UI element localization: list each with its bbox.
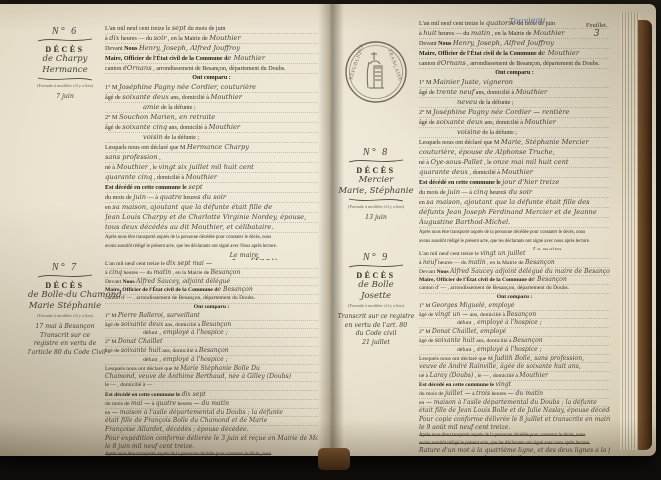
flourish-line [36,37,94,43]
margin-note-line: l'article 80 du Code Civil [28,349,102,358]
record-line: du mois de juin — à cinq heures du soir [419,188,610,198]
record-line: Lesquels nous ont déclaré que M Marie, S… [419,138,610,148]
record-line: Pour expédition conforme délivrée le 3 j… [105,435,318,443]
margin-note-line: en vertu de l'art. 80 [336,322,416,331]
margin-name-line: de Bolle [336,280,416,291]
record-line: Maire, Officier de l'État civil de la Co… [105,54,318,64]
left-page: N° 6 DÉCÈS de CharpyHermance (Formule à … [26,4,322,476]
record-line: Françoise Allardet, décédés ; épouse déc… [105,426,318,435]
margin-smallprint: (Formule à modifier s'il y a lieu) [336,303,416,308]
register-book-spread: N° 6 DÉCÈS de CharpyHermance (Formule à … [0,4,656,456]
entry-7-margin: N° 7 DÉCÈS de Bolle-du ChamondMarie Stép… [26,260,105,456]
record-line: L'an mil neuf cent treize le vingt un ju… [419,250,610,259]
entry-number: N° 7 [28,262,102,273]
margin-smallprint: (Formule à modifier s'il y a lieu) [28,313,102,318]
record-line: le 9 août mil neuf cent treize. [419,424,610,432]
record-line: Approuvé : Le maire [419,455,610,456]
record-line: en sa maison, ajoutant que la défunte ét… [419,198,610,208]
record-line: L'an mil neuf cent treize le dix sept ma… [105,260,318,269]
record-line: Devant Nous Henry, Joseph, Alfred Jouffr… [419,39,610,49]
record-line: Après nous être transporté auprès de la … [105,233,318,242]
record-line: Lesquels nous ont déclaré que M Marie St… [105,365,318,374]
record-line: né à Mouthier , le vingt six juillet mil… [105,163,318,173]
book-spine-bottom [318,448,350,470]
record-line: Maire, Officier de l'État civil de la Co… [419,49,610,59]
margin-name-line: Marie, Stéphanie [336,186,416,197]
record-line: âgé de soixante deux ans, domicilié à Be… [105,321,318,330]
record-line: Est décédé en cette commune le jour d'hi… [419,178,610,188]
deceased-name: de BolleJosette [336,280,416,302]
margin-note-line: 21 juillet [336,339,416,348]
flourish-line [347,158,405,164]
margin-notes: 7 juin [28,93,102,102]
record-line: en — maison à l'asile départemental du D… [419,399,610,408]
flourish-line [36,273,94,279]
margin-name-line: Josette [336,291,416,302]
record-line: âgé de soixante deux ans, domicilié à Mo… [419,118,610,128]
record-line: Ont comparu : [419,69,610,78]
entry-6-margin: N° 6 DÉCÈS de CharpyHermance (Formule à … [26,24,105,260]
margin-name-line: Mercier [336,175,416,186]
margin-note-line: 7 juin [28,93,102,102]
death-record-entry-9: N° 9 DÉCÈS de BolleJosette (Formule à mo… [334,250,614,456]
deceased-name: de Bolle-du ChamondMarie Stéphanie [28,290,102,312]
entry-7-act-text: L'an mil neuf cent treize le dix sept ma… [105,260,322,456]
entry-9-act-text: L'an mil neuf cent treize le vingt un ju… [419,250,614,456]
record-line: veuve de André Rainville, âgée de soixan… [419,363,610,372]
record-line: à neuf heures — du matin , en la Mairie … [419,259,610,268]
record-line: à dix heures — du soir , en la Mairie de… [105,34,318,44]
record-line: 2° M Souchon Marien, en retraite [105,113,318,123]
record-line: Chamond, veuve de Anthime Berthaud, née … [105,373,318,382]
entry-number: N° 9 [336,252,416,263]
margin-notes: Transcrit sur ce registreen vertu de l'a… [336,313,416,347]
record-line: défunts Jean Joseph Ferdinand Mercier et… [419,208,610,218]
margin-note-line: 13 juin [336,214,416,223]
margin-note-line: Transcrit sur ce registre [336,313,416,322]
margin-name-line: de Bolle-du Chamond [28,290,102,301]
flourish-line [347,263,405,269]
record-line: du mois de juillet — à trois heures — du… [419,390,610,399]
record-line: 2° M Joséphine Pagny née Cordier — renti… [419,108,610,118]
record-line: âgé de trente neuf ans, domicilié à Mout… [419,88,610,98]
record-line: Est décédé en cette commune le sept [105,183,318,193]
record-line: Devant Nous Alfred Saucey adjoint délégu… [419,268,610,277]
record-line: 2° M Donat Chaillet, employé [419,328,610,337]
record-line: du mois de mai — à quatre heures — du ma… [105,400,318,409]
record-line: Rature d'un mot à la quatrième ligne, et… [419,447,610,455]
deces-heading: DÉCÈS [336,271,416,280]
record-line: voisin de la défunte ; [105,133,318,143]
book-gutter-shadow [318,4,344,456]
flourish-line [347,197,405,203]
record-line: tous deux décédés au dit Mouthier, et cé… [105,223,318,233]
record-line: Est décédé en cette commune le dix sept [105,391,318,400]
feuillet-number: 3 [586,29,607,39]
flourish-line [36,76,94,82]
record-line: né à Oye-sous-Pallet , le onze mai mil h… [419,158,610,168]
margin-notes: 13 juin [336,214,416,223]
record-line: Est décédé en cette commune le vingt [419,381,610,390]
record-line: Lesquels nous ont déclaré que M Judith B… [419,355,610,364]
record-line: avons aussitôt rédigé le présent acte, q… [419,440,610,448]
margin-smallprint: (Formule à modifier s'il y a lieu) [28,83,102,88]
record-line: Maire, Officier de l'État civil de la Co… [105,286,318,295]
record-line: avons aussitôt rédigé le présent acte, q… [419,237,610,246]
record-line: âgé de soixante deux ans, domicilié à Mo… [105,93,318,103]
deceased-name: MercierMarie, Stéphanie [336,175,416,197]
record-line: Ont comparu : [105,74,318,83]
record-line: amie de la défunte ; [105,103,318,113]
record-line: défunt , employé à l'hospice ; [105,329,318,338]
record-line: Ont comparu : [419,294,610,302]
record-line: le — , domicilié à — [105,382,318,391]
record-line: neveu de la défunte ; [419,98,610,108]
record-line: avons aussitôt rédigé le présent acte, q… [105,242,318,251]
record-line: âgé de soixante huit ans, domicilié à Be… [105,347,318,356]
record-line: âgé de soixante huit ans, domicilié à Be… [419,337,610,346]
record-line: Devant Nous Henry, Joseph, Alfred Jouffr… [105,44,318,54]
record-line: 1° M Pierre Balleroi, surveillant [105,312,318,321]
record-line: âgé de vingt un — ans, domicilié à Besan… [419,311,610,320]
entry-8-act-text: L'an mil neuf cent treize le quatorze du… [419,19,614,250]
entry-6-act-text: L'an mil neuf cent treize le sept du moi… [105,24,322,260]
death-record-entry-6: N° 6 DÉCÈS de CharpyHermance (Formule à … [26,24,322,260]
record-line: défunt , employé à l'hospice ; [419,346,610,355]
record-line: Après nous être transporté auprès de la … [419,228,610,237]
record-line: quarante deux , domicilié à Mouthier [419,168,610,178]
margin-note-line: du Code civil [336,330,416,339]
entry-number: N° 8 [336,147,416,158]
record-line: 1° M Joséphine Pagny née Cordier, coutur… [105,83,318,93]
margin-note-line: registre en vertu de [28,340,102,349]
record-line: Ont comparu : [105,304,318,312]
record-line: 2° M Donat Chaillet [105,338,318,347]
margin-note-line: Transcrit sur ce [28,332,102,341]
record-line: sans profession , [105,153,318,163]
record-line: 1° M Georges Miguelé, employé [419,302,610,311]
deces-heading: DÉCÈS [336,166,416,175]
record-line: à huit heures — du matin , en la Mairie … [419,29,610,39]
record-line: défunt , employé à l'hospice ; [105,356,318,365]
record-line: canton d'Ornans , arrondissement de Besa… [105,64,318,74]
svg-text:RÉPUBLIQUE: RÉPUBLIQUE [346,43,365,81]
margin-name-line: Marie Stéphanie [28,301,102,312]
record-line: le 8 juin mil neuf cent treize. [105,443,318,451]
record-line: Après nous être transporté auprès de la … [105,451,318,456]
deces-heading: DÉCÈS [28,281,102,290]
record-line: en — maison à l'asile départemental du D… [105,409,318,418]
record-line: Devant Nous Alfred Saucey, adjoint délég… [105,278,318,287]
entry-9-margin: N° 9 DÉCÈS de BolleJosette (Formule à mo… [334,250,419,456]
feuillet-label: Feuillet. [586,22,607,29]
deceased-name: de CharpyHermance [28,54,102,76]
record-line: en sa maison, ajoutant que la défunte ét… [105,203,318,213]
record-line: Après nous être transporté auprès de la … [419,432,610,440]
record-line: âgé de soixante cinq ans, domicilié à Mo… [105,123,318,133]
record-line: du mois de juin — à quatre heures du soi… [105,193,318,203]
record-line: quarante cinq , domicilié à Mouthier [105,173,318,183]
margin-smallprint: (Formule à modifier s'il y a lieu) [336,204,416,209]
margin-name-line: Hermance [28,65,102,76]
record-line: couturière, épouse de Alphonse Truche, [419,148,610,158]
book-cover-edge [638,20,652,450]
record-line: Lesquels nous ont déclaré que M Hermance… [105,143,318,153]
record-line: L'an mil neuf cent treize le sept du moi… [105,24,318,34]
record-line: à cinq heures — du matin , en la Mairie … [105,269,318,278]
entry-number: N° 6 [28,26,102,37]
record-line: était fille de François Bolle du Chamond… [105,417,318,426]
record-line: Pour copie conforme délivrée le 8 juille… [419,416,610,424]
record-line: né à Laray (Doubs) , le — , domicilié à … [419,372,610,381]
death-record-entry-7: N° 7 DÉCÈS de Bolle-du ChamondMarie Stép… [26,260,322,456]
record-line: canton d' — , arrondissement de Besançon… [419,285,610,294]
record-line: Jean Louis Charpy et de Charlotte Virgin… [105,213,318,223]
deces-heading: DÉCÈS [28,45,102,54]
republique-francaise-seal-icon: RÉPUBLIQUE FRANÇAISE [344,40,408,104]
record-line: Maire, Officier de l'État civil de la Co… [419,276,610,285]
feuillet-header: Feuillet. 3 [586,22,607,39]
record-line: était fille de Jean Louis Bolle et de Ju… [419,407,610,416]
record-line: Augustine Barthod-Michel. [419,218,610,228]
margin-notes: 17 mai à BesançonTranscrit sur ceregistr… [28,323,102,357]
record-line: canton d'Ornans , arrondissement de Besa… [419,59,610,69]
record-line: voisine de la défunte ; [419,128,610,138]
margin-name-line: de Charpy [28,54,102,65]
scanned-register-photo: { "header": { "annotation_blue": "Touvie… [0,0,661,480]
archivist-blue-annotation: Touvieau [509,15,546,26]
record-line: canton d' — , arrondissement de Besançon… [105,295,318,304]
record-line: défunt , employé à l'hospice ; [419,319,610,328]
margin-note-line: 17 mai à Besançon [28,323,102,332]
page-stack-edges [620,12,640,450]
record-line: 1° M Mainier Juste, vigneron [419,78,610,88]
